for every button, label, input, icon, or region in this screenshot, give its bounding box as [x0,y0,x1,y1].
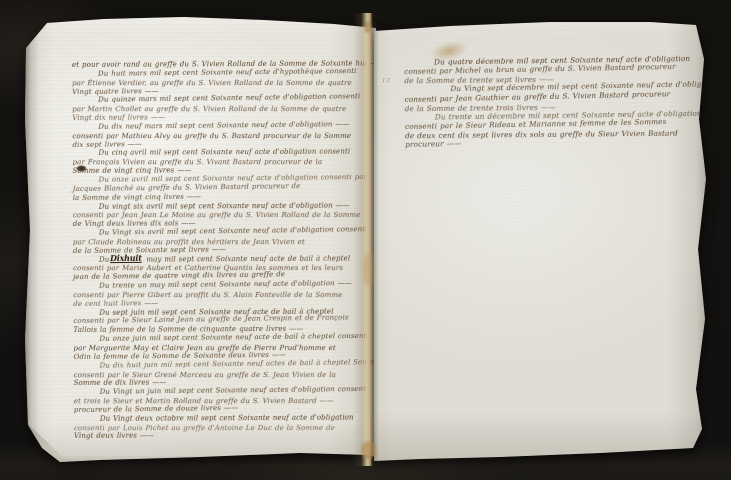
left-page-folded-corner [26,422,68,462]
manuscript-scan: et pour avoir rand au greffe du S. Vivie… [0,0,731,480]
manuscript-line: consenti par le Sieur Grené Marceau au g… [74,370,370,379]
manuscript-line: par François Vivien au greffe du S. Viva… [73,158,369,167]
spine-stain-top [364,21,372,33]
manuscript-line: Du dix neuf mars mil sept cent Soixante … [72,120,368,132]
manuscript-line: consenti par Louis Pichet au greffe d'An… [74,424,370,433]
manuscript-line: Du Vingt un juin mil sept cent Soixante … [74,385,370,397]
folio-margin-mark: 13 [382,78,391,84]
manuscript-line: Du huit mars mil sept cent Soixante neuf… [72,67,368,79]
manuscript-line: Du onze juin mil sept cent Soixante neuf… [73,332,369,344]
book-spine-fold [353,13,383,466]
scribbled-word-overlay: Dixhuit [110,253,142,263]
left-page-text: et pour avoir rand au greffe du S. Vivie… [72,59,370,441]
manuscript-line: consenti par Jean Jean Le Moine au greff… [73,211,369,220]
manuscript-line: Du vingt six avril mil sept cent Soixant… [73,201,369,211]
spine-stain-bottom [361,441,376,459]
manuscript-line: Du Vingt deux octobre mil sept cent Soix… [74,413,370,423]
left-page-bottom-shadow [24,455,376,466]
right-page: 13 Du quatre décembre mil sept cent Soix… [360,14,710,466]
manuscript-line: Du cinq avril mil sept cent Soixante neu… [72,148,368,158]
right-page-paper: 13 Du quatre décembre mil sept cent Soix… [360,14,710,466]
manuscript-line: Du quinze mars mil sept cent Soixante ne… [72,93,368,106]
spine-stain-middle [363,253,373,287]
left-page-paper: et pour avoir rand au greffe du S. Vivie… [24,16,376,466]
manuscript-line: Du trente un may mil sept cent Soixante … [73,279,369,291]
left-page-edge-shadow [24,16,39,466]
right-page-text: Du quatre décembre mil sept cent Soixant… [404,54,705,150]
left-page: et pour avoir rand au greffe du S. Vivie… [24,16,376,466]
